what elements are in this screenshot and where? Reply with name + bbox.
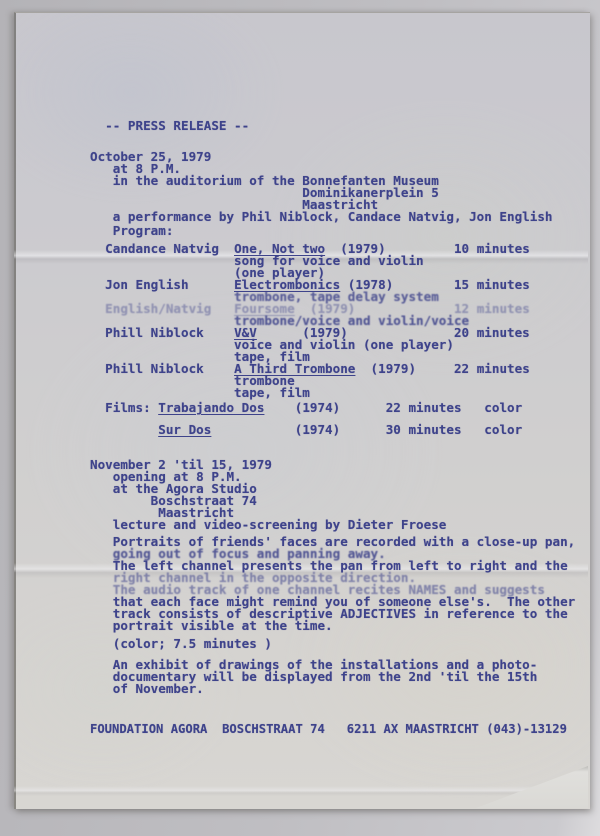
exhibit-note-line: of November.	[90, 682, 204, 695]
event-november-line: lecture and video-screening by Dieter Fr…	[90, 518, 446, 531]
typewritten-text: (1974) 30 minutes color	[211, 422, 522, 437]
underlined-title: Trabajando Dos	[158, 400, 264, 415]
photo-background: -- PRESS RELEASE --October 25, 1979 at 8…	[0, 0, 600, 836]
event-october-line: a performance by Phil Niblock, Candace N…	[90, 210, 553, 223]
video-description-line: portrait visible at the time.	[90, 619, 333, 632]
underlined-title: Sur Dos	[158, 422, 211, 437]
typewritten-text: of November.	[90, 681, 204, 696]
typewritten-text	[90, 422, 158, 437]
typewritten-text: FOUNDATION AGORA BOSCHSTRAAT 74 6211 AX …	[90, 722, 567, 736]
typewritten-text: lecture and video-screening by Dieter Fr…	[90, 517, 446, 532]
typewritten-text: Films:	[90, 400, 158, 415]
typewritten-text: tape, film	[90, 385, 310, 400]
typewritten-text: (color; 7.5 minutes )	[90, 636, 272, 651]
typewritten-text: (1974) 22 minutes color	[264, 400, 522, 415]
press-release-header-line: -- PRESS RELEASE --	[90, 119, 249, 132]
program-line: tape, film	[90, 386, 310, 399]
typewritten-text: (1979) 22 minutes	[355, 361, 529, 376]
video-description-line: (color; 7.5 minutes )	[90, 637, 272, 650]
typewritten-text: -- PRESS RELEASE --	[90, 118, 249, 133]
footer-line: FOUNDATION AGORA BOSCHSTRAAT 74 6211 AX …	[90, 723, 567, 736]
films-line: Sur Dos (1974) 30 minutes color	[90, 423, 522, 436]
typewritten-text: a performance by Phil Niblock, Candace N…	[90, 209, 553, 224]
typewritten-text: Program:	[90, 223, 173, 238]
event-october-line: Program:	[90, 224, 173, 237]
films-line: Films: Trabajando Dos (1974) 22 minutes …	[90, 401, 522, 414]
typewritten-text: portrait visible at the time.	[90, 618, 333, 633]
typewriter-layer: -- PRESS RELEASE --October 25, 1979 at 8…	[0, 0, 600, 836]
